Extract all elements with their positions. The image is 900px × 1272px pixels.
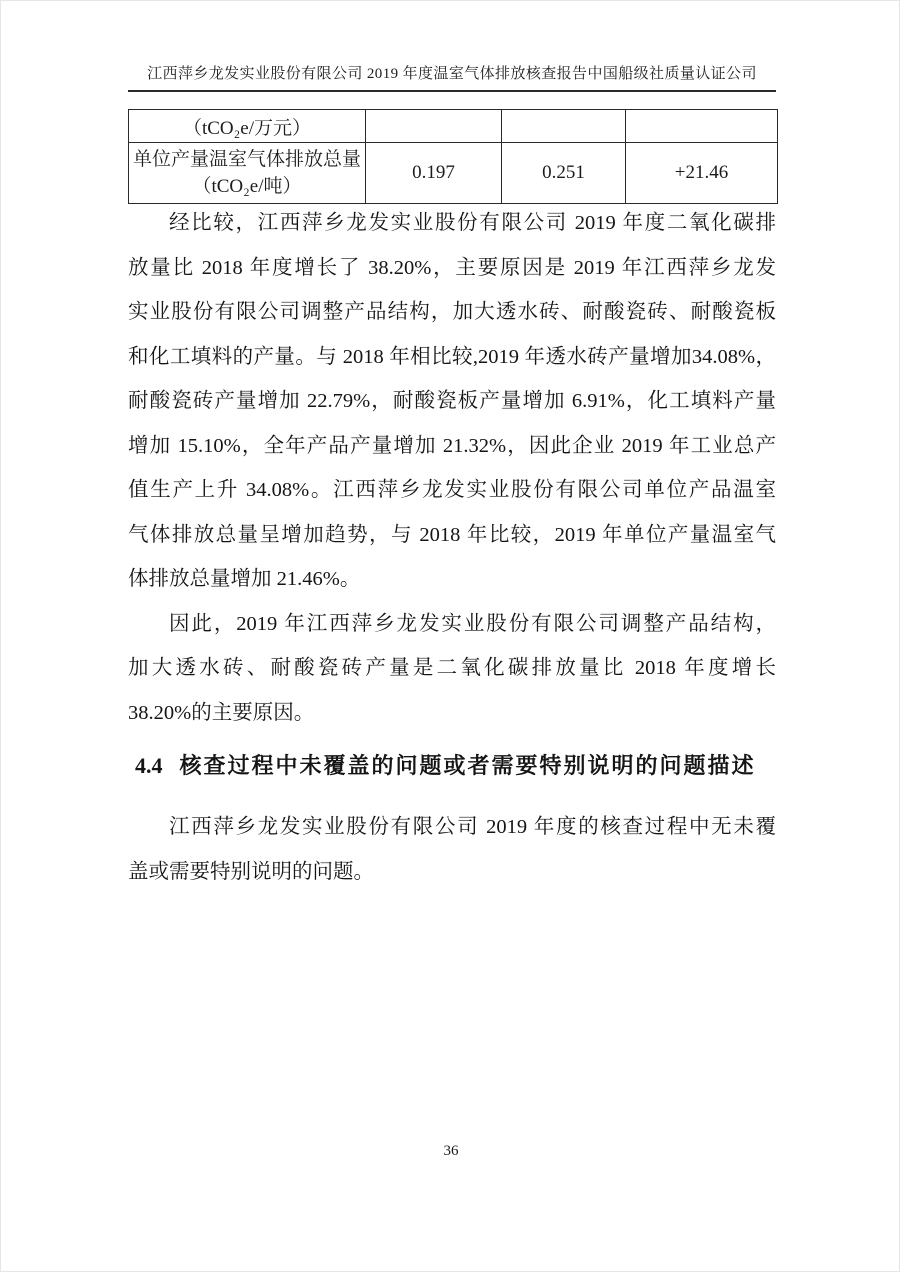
- paragraph-line: 38.20%的主要原因。: [128, 691, 776, 736]
- indicator-label-line1: 单位产量温室气体排放总量: [132, 146, 362, 173]
- paragraph-line: 加大透水砖、耐酸瓷砖产量是二氧化碳排放量比 2018 年度增长: [128, 646, 776, 691]
- document-page: 江西萍乡龙发实业股份有限公司 2019 年度温室气体排放核查报告中国船级社质量认…: [0, 0, 900, 1272]
- paragraph-comparison: 经比较，江西萍乡龙发实业股份有限公司 2019 年度二氧化碳排 放量比 2018…: [128, 201, 776, 602]
- paragraph-line: 体排放总量增加 21.46%。: [128, 557, 776, 602]
- paragraph-line: 江西萍乡龙发实业股份有限公司 2019 年度的核查过程中无未覆: [128, 805, 776, 850]
- table-cell-empty: [502, 110, 626, 143]
- section-number: 4.4: [135, 753, 163, 779]
- section-heading-4-4: 4.4 核查过程中未覆盖的问题或者需要特别说明的问题描述: [128, 749, 776, 779]
- table-cell-unit-label: （tCO₂e/万元）: [129, 110, 366, 143]
- table-cell-empty: [366, 110, 502, 143]
- paragraph-line: 气体排放总量呈增加趋势，与 2018 年比较，2019 年单位产量温室气: [128, 513, 776, 558]
- page-number: 36: [1, 1143, 900, 1160]
- paragraph-line: 实业股份有限公司调整产品结构，加大透水砖、耐酸瓷砖、耐酸瓷板: [128, 290, 776, 335]
- section-title: 核查过程中未覆盖的问题或者需要特别说明的问题描述: [180, 749, 756, 780]
- paragraph-line: 和化工填料的产量。与 2018 年相比较,2019 年透水砖产量增加34.08%…: [128, 335, 776, 380]
- paragraph-line: 因此，2019 年江西萍乡龙发实业股份有限公司调整产品结构，: [128, 602, 776, 647]
- body-text: 经比较，江西萍乡龙发实业股份有限公司 2019 年度二氧化碳排 放量比 2018…: [128, 201, 776, 894]
- table-row-per-unit-total: 单位产量温室气体排放总量 （tCO₂e/吨） 0.197 0.251 +21.4…: [129, 143, 778, 204]
- paragraph-line: 放量比 2018 年度增长了 38.20%，主要原因是 2019 年江西萍乡龙发: [128, 246, 776, 291]
- paragraph-uncovered-issues: 江西萍乡龙发实业股份有限公司 2019 年度的核查过程中无未覆 盖或需要特别说明…: [128, 805, 776, 894]
- paragraph-line: 值生产上升 34.08%。江西萍乡龙发实业股份有限公司单位产品温室: [128, 468, 776, 513]
- table-cell-value-2019: 0.251: [502, 143, 626, 204]
- table-cell-empty: [626, 110, 778, 143]
- paragraph-line: 增加 15.10%，全年产品产量增加 21.32%，因此企业 2019 年工业总…: [128, 424, 776, 469]
- paragraph-line: 盖或需要特别说明的问题。: [128, 850, 776, 895]
- table-row-unit: （tCO₂e/万元）: [129, 110, 778, 143]
- paragraph-line: 经比较，江西萍乡龙发实业股份有限公司 2019 年度二氧化碳排: [128, 201, 776, 246]
- running-header: 江西萍乡龙发实业股份有限公司 2019 年度温室气体排放核查报告中国船级社质量认…: [128, 62, 776, 92]
- emissions-table: （tCO₂e/万元） 单位产量温室气体排放总量 （tCO₂e/吨） 0.197 …: [128, 109, 778, 204]
- paragraph-line: 耐酸瓷砖产量增加 22.79%，耐酸瓷板产量增加 6.91%，化工填料产量: [128, 379, 776, 424]
- paragraph-conclusion: 因此，2019 年江西萍乡龙发实业股份有限公司调整产品结构， 加大透水砖、耐酸瓷…: [128, 602, 776, 736]
- table-cell-indicator-label: 单位产量温室气体排放总量 （tCO₂e/吨）: [129, 143, 366, 204]
- table-cell-value-2018: 0.197: [366, 143, 502, 204]
- table-cell-change-percent: +21.46: [626, 143, 778, 204]
- indicator-label-line2: （tCO₂e/吨）: [132, 173, 362, 200]
